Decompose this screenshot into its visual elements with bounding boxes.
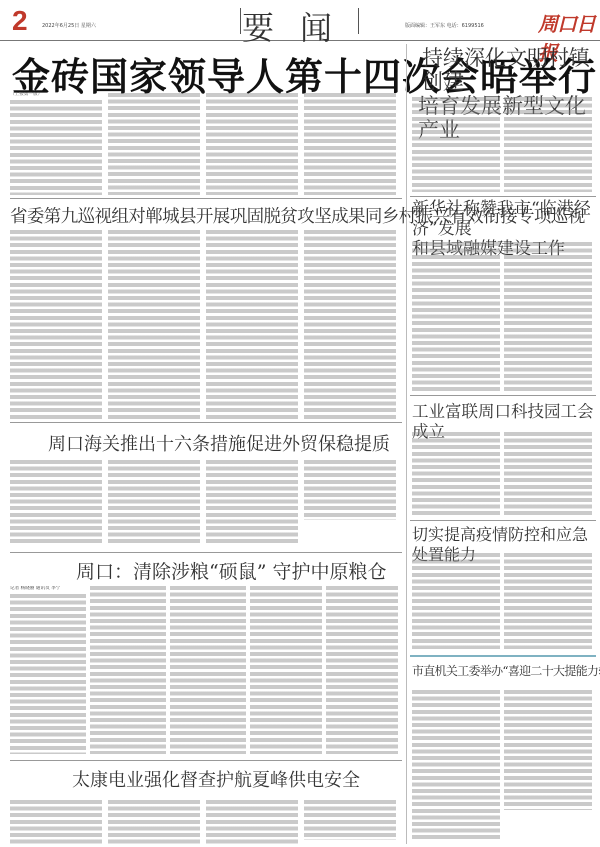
article-body-grain-col5 xyxy=(326,586,398,754)
section-title: 要闻 xyxy=(242,3,358,49)
article-body-civilization-col1 xyxy=(412,97,500,192)
article-body-epidemic-col1 xyxy=(412,553,500,649)
masthead: 2 2022年6月25日 星期六 要闻 版面编辑：王军东 电话：6199516 … xyxy=(0,0,600,41)
article-body-brics-col3 xyxy=(206,93,298,195)
article-body-epidemic-col2 xyxy=(504,553,592,649)
article-body-brics-col4 xyxy=(304,93,396,195)
article-body-civilization-col2 xyxy=(504,97,592,192)
article-body-union-col1 xyxy=(412,432,500,517)
headline-customs: 周口海关推出十六条措施促进外贸保稳提质 xyxy=(48,430,390,456)
article-body-brics-col1 xyxy=(10,100,102,195)
article-body-speech-col1 xyxy=(412,690,500,840)
article-body-speech-col2 xyxy=(504,690,592,810)
article-body-customs-col3 xyxy=(206,460,298,545)
box-border xyxy=(410,655,596,657)
divider xyxy=(410,196,596,197)
article-body-union-col2 xyxy=(504,432,592,517)
editor-line: 版面编辑：王军东 电话：6199516 xyxy=(405,22,484,29)
article-body-power-col2 xyxy=(108,800,200,846)
article-lead-brics: （上接第一版） xyxy=(10,92,102,100)
headline-grain: 周口：清除涉粮“硕鼠” 守护中原粮仓 xyxy=(76,557,386,584)
article-body-inspection-col1 xyxy=(10,230,102,420)
article-body-power-col3 xyxy=(206,800,298,846)
column-divider xyxy=(406,44,407,844)
divider xyxy=(410,395,596,396)
page-number: 2 xyxy=(12,5,28,37)
article-body-inspection-col2 xyxy=(108,230,200,420)
article-body-grain-col1 xyxy=(10,594,86,754)
headline-power: 太康电业强化督查护航夏峰供电安全 xyxy=(72,766,360,792)
article-body-power-col4 xyxy=(304,800,396,840)
divider xyxy=(10,760,402,761)
article-body-brics-col2 xyxy=(108,93,200,195)
issue-date: 2022年6月25日 星期六 xyxy=(42,22,96,29)
headline-line: 持续深化文明村镇创建 xyxy=(422,46,592,94)
divider xyxy=(10,552,402,553)
headline-line: 新华社称赞我市“临港经济”发展 xyxy=(412,199,598,239)
divider xyxy=(240,8,241,34)
article-body-inspection-col4 xyxy=(304,230,396,420)
article-body-inspection-col3 xyxy=(206,230,298,420)
article-body-customs-col2 xyxy=(108,460,200,545)
headline-speech-contest: 市直机关工委举办“喜迎二十大提能力转作风”演讲比赛 xyxy=(412,662,600,679)
divider xyxy=(10,422,402,423)
article-body-grain-col2 xyxy=(90,586,166,754)
divider xyxy=(410,520,596,521)
article-body-grain-col4 xyxy=(250,586,322,754)
divider xyxy=(10,198,402,199)
article-body-grain-col3 xyxy=(170,586,246,754)
article-body-power-col1 xyxy=(10,800,102,846)
article-body-customs-col1 xyxy=(10,460,102,545)
article-body-xinhua-col2 xyxy=(504,242,592,392)
article-body-customs-col4 xyxy=(304,460,396,520)
divider xyxy=(358,8,359,34)
article-body-xinhua-col1 xyxy=(412,242,500,392)
